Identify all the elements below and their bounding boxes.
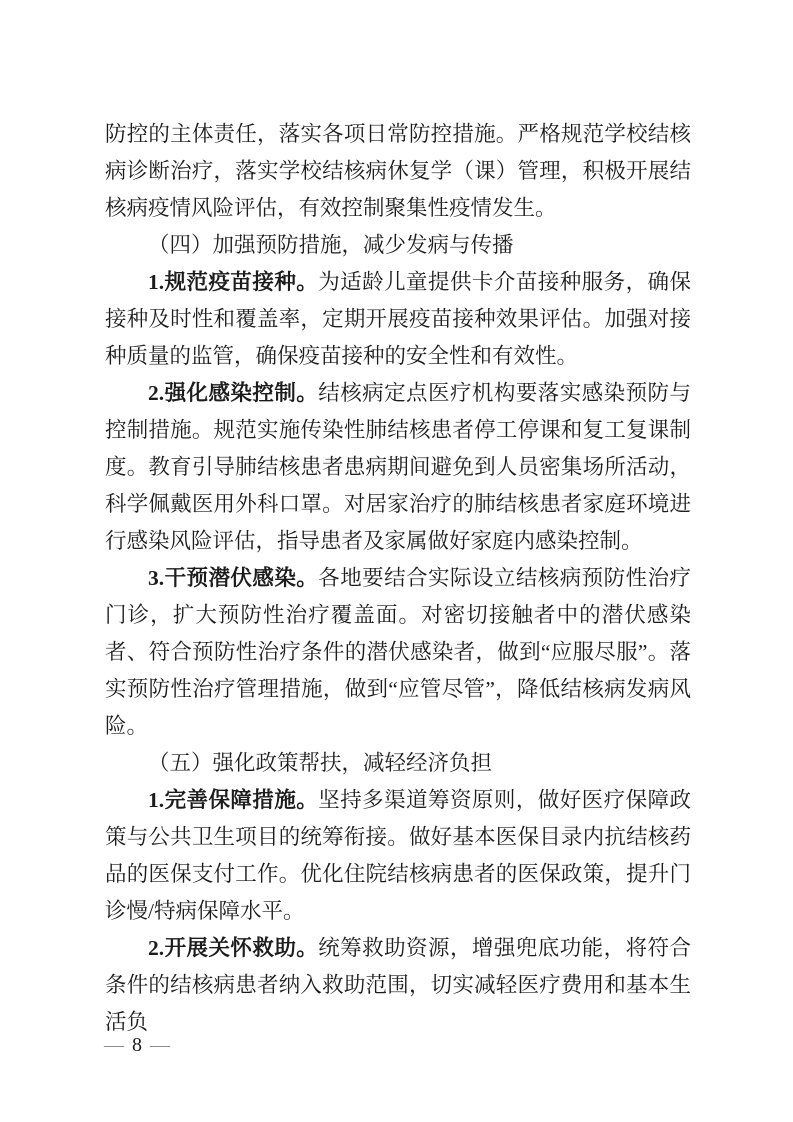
- document-paragraph: 2.强化感染控制。结核病定点医疗机构要落实感染预防与控制措施。规范实施传染性肺结…: [105, 375, 691, 560]
- page-number: 8: [126, 1034, 150, 1056]
- section-heading-5: （五）强化政策帮扶，减轻经济负担: [105, 745, 691, 782]
- paragraph-lead: 2.开展关怀救助。: [148, 936, 318, 960]
- paragraph-lead: 2.强化感染控制。: [148, 381, 318, 405]
- document-page: 防控的主体责任，落实各项日常防控措施。严格规范学校结核病诊断治疗，落实学校结核病…: [0, 0, 793, 1122]
- page-number-dash-right: —: [150, 1034, 172, 1056]
- section-heading-4: （四）加强预防措施，减少发病与传播: [105, 227, 691, 264]
- paragraph-text: 结核病定点医疗机构要落实感染预防与控制措施。规范实施传染性肺结核患者停工停课和复…: [105, 381, 691, 553]
- document-paragraph: 防控的主体责任，落实各项日常防控措施。严格规范学校结核病诊断治疗，落实学校结核病…: [105, 116, 691, 227]
- document-paragraph: 1.完善保障措施。坚持多渠道筹资原则，做好医疗保障政策与公共卫生项目的统筹衔接。…: [105, 782, 691, 930]
- page-footer: —8—: [104, 1032, 172, 1058]
- paragraph-lead: 3.干预潜伏感染。: [148, 566, 318, 590]
- document-body: 防控的主体责任，落实各项日常防控措施。严格规范学校结核病诊断治疗，落实学校结核病…: [105, 116, 691, 1041]
- document-paragraph: 1.规范疫苗接种。为适龄儿童提供卡介苗接种服务，确保接种及时性和覆盖率，定期开展…: [105, 264, 691, 375]
- page-number-dash-left: —: [104, 1034, 126, 1056]
- document-paragraph: 3.干预潜伏感染。各地要结合实际设立结核病预防性治疗门诊，扩大预防性治疗覆盖面。…: [105, 560, 691, 745]
- paragraph-lead: 1.完善保障措施。: [148, 788, 318, 812]
- document-paragraph: 2.开展关怀救助。统筹救助资源，增强兜底功能，将符合条件的结核病患者纳入救助范围…: [105, 930, 691, 1041]
- paragraph-lead: 1.规范疫苗接种。: [148, 270, 318, 294]
- paragraph-text: 各地要结合实际设立结核病预防性治疗门诊，扩大预防性治疗覆盖面。对密切接触者中的潜…: [105, 566, 691, 738]
